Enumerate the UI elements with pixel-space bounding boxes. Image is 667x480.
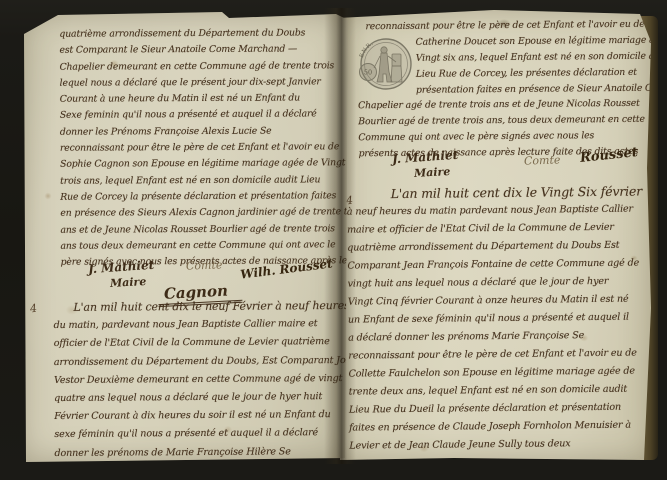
right-entry1-text: reconnaissant pour être le père de cet E… [357, 17, 648, 163]
right-page: 50 ENR. reconnaissant pour être le père … [334, 8, 656, 464]
manuscript-line: en présence des Sieurs Alexis Cagnon jar… [60, 205, 336, 223]
manuscript-line: du matin, pardevant nous Jean Baptiste C… [54, 315, 338, 335]
left-page: quatrième arrondissement du Département … [18, 10, 348, 464]
right-entry2-text: L'an mil huit cent dix le Vingt Six févr… [347, 182, 650, 455]
manuscript-line: Vestor Deuxième demeurant en cette Commu… [54, 370, 338, 390]
manuscript-line: Sophie Cagnon son Epouse en légitime mar… [60, 156, 336, 174]
left-entry1-text: quatrième arrondissement du Département … [59, 25, 336, 271]
manuscript-line: Vingt six ans, lequel Enfant est né en s… [416, 49, 648, 67]
manuscript-line: Rue de Corcey la présente déclaration et… [60, 188, 336, 206]
manuscript-line: L'an mil huit cent dix le neuf Février à… [73, 297, 337, 317]
manuscript-line: sexe féminin qu'il nous a présenté et au… [54, 424, 338, 444]
manuscript-line: arrondissement du Département du Doubs, … [54, 352, 338, 372]
manuscript-line: faites en présence de Claude Joseph Forn… [349, 416, 649, 437]
manuscript-line: Février Courant à dix heures du soir il … [54, 406, 338, 426]
manuscript-line: ans et de Jeune Nicolas Rousset Bourlier… [60, 221, 336, 239]
manuscript-line: quatrième arrondissement du Département … [59, 25, 335, 43]
manuscript-line: quatre ans lequel nous a déclaré que le … [54, 388, 338, 408]
margin-mark: 4 [29, 302, 38, 316]
manuscript-line: lequel nous a déclaré que le présent jou… [60, 74, 336, 92]
signature-maire: Maire [110, 275, 147, 290]
manuscript-line: est Comparant le Sieur Anatoile Come Mar… [59, 42, 335, 60]
manuscript-line: Chapelier demeurant en cette Commune agé… [60, 58, 336, 76]
signature-comte: Comte [186, 258, 223, 272]
manuscript-line: officier de l'Etat Civil de la Commune d… [54, 333, 338, 353]
manuscript-line: trois ans, lequel Enfant est né en son d… [60, 172, 336, 190]
manuscript-line: Courant à une heure du Matin il est né u… [60, 90, 336, 108]
manuscript-line: donner les prénoms de Marie Françoise Hi… [54, 443, 338, 463]
left-entry2-text: L'an mil huit cent dix le neuf Février à… [53, 297, 338, 463]
manuscript-line: donner les Prénoms Françoise Alexis Luci… [60, 123, 336, 141]
manuscript-line: Lieu Rue de Corcey, les présentes déclar… [416, 64, 648, 82]
manuscript-line: un Enfant de sexe féminin qu'il nous a p… [348, 308, 648, 329]
document-scan: quatrième arrondissement du Département … [0, 0, 667, 480]
manuscript-line: reconnaissant pour être le père de cet E… [60, 139, 336, 157]
signature-maire: Maire [414, 165, 451, 180]
manuscript-line: Levier et de Jean Claude Jeune Sully tou… [349, 434, 649, 455]
manuscript-line: ans tous deux demeurant en cette Commune… [60, 237, 336, 255]
manuscript-line: Sexe feminin qu'il nous a présenté et au… [60, 107, 336, 125]
manuscript-line: Catherine Doucet son Epouse en légitime … [416, 33, 648, 51]
manuscript-line: Bourlier agé de trente trois ans, tous d… [358, 112, 648, 130]
signature-comte: Comte [524, 153, 561, 167]
